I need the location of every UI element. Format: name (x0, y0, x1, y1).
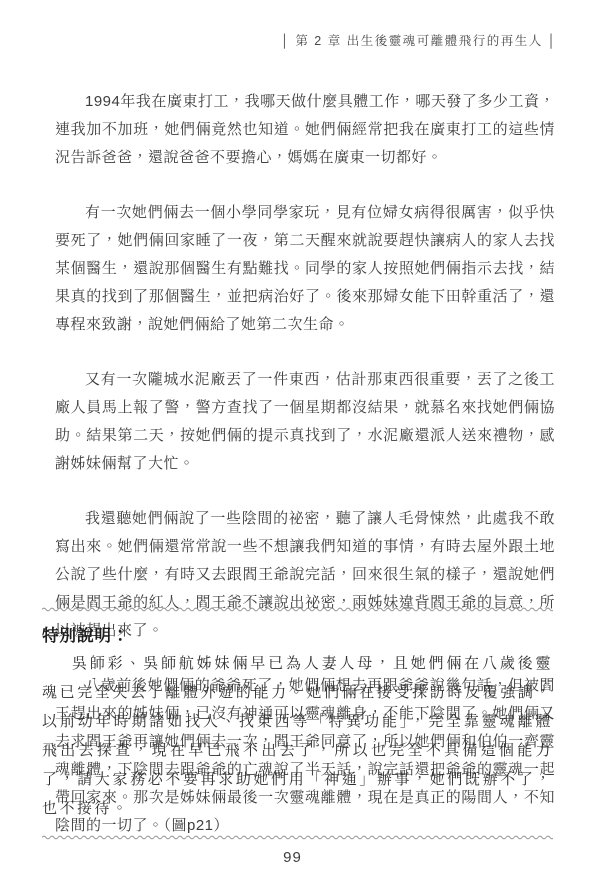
paragraph-2: 有一次她們倆去一個小學同學家玩，見有位婦女病得很厲害，似乎快要死了，她們倆回家睡… (55, 199, 555, 339)
running-header: │ 第 2 章 出生後靈魂可離體飛行的再生人 │ (281, 31, 557, 49)
special-note-body: 吳師彩、吳師航姊妹倆早已為人妻人母，且她們倆在八歲後靈魂已完全失去了離體外遊的能… (42, 650, 553, 824)
special-note-section: 特別說明： 吳師彩、吳師航姊妹倆早已為人妻人母，且她們倆在八歲後靈魂已完全失去了… (42, 606, 553, 841)
book-page: │ 第 2 章 出生後靈魂可離體飛行的再生人 │ 1994年我在廣東打工，我哪天… (0, 0, 605, 896)
paragraph-1: 1994年我在廣東打工，我哪天做什麼具體工作，哪天發了多少工資，連我加不加班，她… (55, 88, 555, 172)
wavy-divider-bottom-icon (42, 834, 553, 841)
wavy-divider-top-icon (42, 606, 553, 613)
special-note-title: 特別說明： (42, 622, 553, 646)
paragraph-3: 又有一次隴城水泥廠丟了一件東西，估計那東西很重要，丟了之後工廠人員馬上報了警，警… (55, 366, 555, 478)
page-number: 99 (0, 849, 585, 866)
